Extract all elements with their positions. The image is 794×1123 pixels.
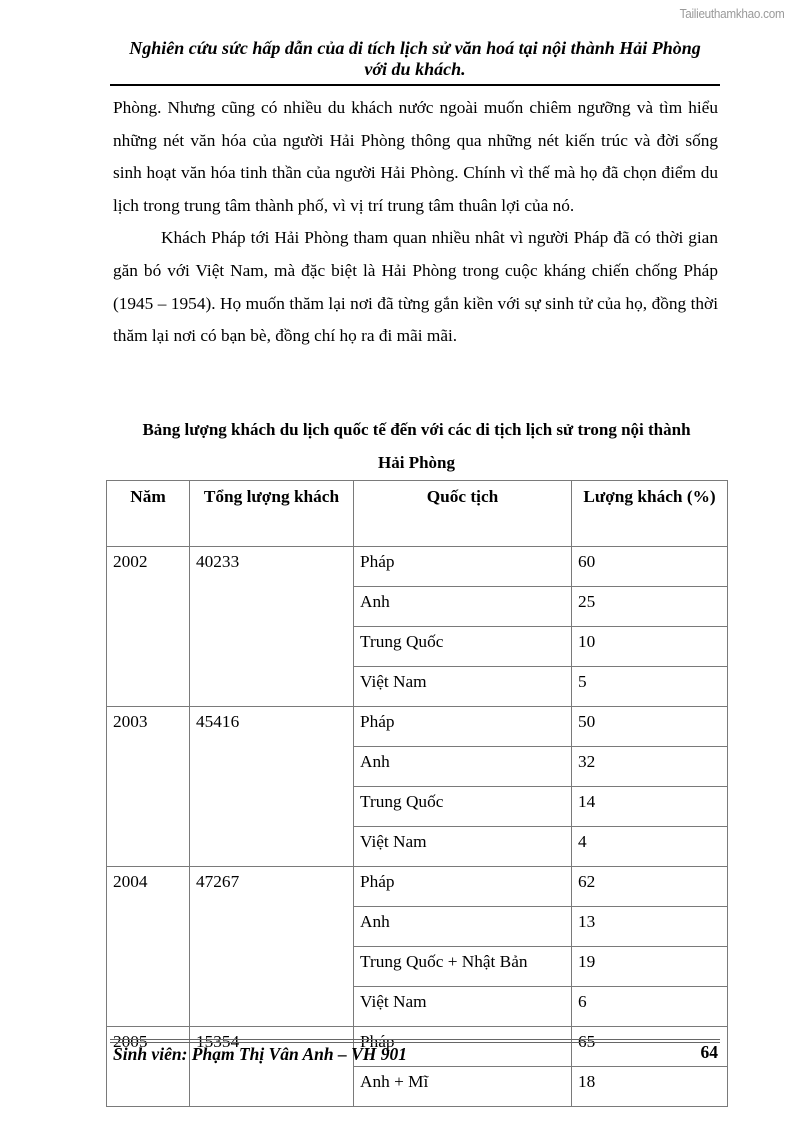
table-row: 200447267Pháp62	[107, 867, 728, 907]
cell-total: 45416	[190, 707, 354, 867]
cell-total: 40233	[190, 547, 354, 707]
cell-total: 47267	[190, 867, 354, 1027]
cell-year: 2003	[107, 707, 190, 867]
table-caption: Bảng lượng khách du lịch quốc tế đến với…	[106, 414, 727, 479]
table-row: 200240233Pháp60	[107, 547, 728, 587]
cell-percent: 5	[572, 667, 728, 707]
body-text: Phòng. Nhưng cũng có nhiều du khách nước…	[113, 92, 718, 353]
cell-nationality: Việt Nam	[354, 827, 572, 867]
header-title-line-2: với du khách.	[110, 59, 720, 80]
cell-nationality: Trung Quốc	[354, 787, 572, 827]
header-year: Năm	[107, 481, 190, 547]
caption-line-2: Hải Phòng	[106, 447, 727, 480]
header-total: Tổng lượng khách	[190, 481, 354, 547]
cell-nationality: Anh	[354, 907, 572, 947]
cell-percent: 62	[572, 867, 728, 907]
cell-nationality: Anh + Mĩ	[354, 1067, 572, 1107]
header-title-line-1: Nghiên cứu sức hấp dẫn của di tích lịch …	[110, 38, 720, 59]
header-percent: Lượng khách (%)	[572, 481, 728, 547]
footer-rule	[110, 1039, 720, 1043]
cell-percent: 6	[572, 987, 728, 1027]
table-body: 200240233Pháp60Anh25Trung Quốc10Việt Nam…	[107, 547, 728, 1107]
cell-percent: 50	[572, 707, 728, 747]
cell-nationality: Việt Nam	[354, 987, 572, 1027]
paragraph: Khách Pháp tới Hải Phòng tham quan nhiều…	[113, 222, 718, 352]
cell-percent: 18	[572, 1067, 728, 1107]
watermark: Tailieuthamkhao.com	[679, 6, 784, 21]
cell-nationality: Trung Quốc + Nhật Bản	[354, 947, 572, 987]
header-nationality: Quốc tịch	[354, 481, 572, 547]
cell-percent: 60	[572, 547, 728, 587]
paragraph: Phòng. Nhưng cũng có nhiều du khách nước…	[113, 92, 718, 222]
cell-nationality: Việt Nam	[354, 667, 572, 707]
visitor-table: Năm Tổng lượng khách Quốc tịch Lượng khá…	[106, 480, 728, 1107]
cell-nationality: Anh	[354, 747, 572, 787]
cell-percent: 13	[572, 907, 728, 947]
cell-nationality: Trung Quốc	[354, 627, 572, 667]
cell-percent: 32	[572, 747, 728, 787]
running-header: Nghiên cứu sức hấp dẫn của di tích lịch …	[110, 38, 720, 80]
page-number: 64	[701, 1042, 719, 1063]
table-header-row: Năm Tổng lượng khách Quốc tịch Lượng khá…	[107, 481, 728, 547]
header-rule	[110, 84, 720, 86]
cell-nationality: Pháp	[354, 707, 572, 747]
cell-nationality: Anh	[354, 587, 572, 627]
cell-year: 2004	[107, 867, 190, 1027]
caption-line-1: Bảng lượng khách du lịch quốc tế đến với…	[106, 414, 727, 447]
cell-percent: 14	[572, 787, 728, 827]
cell-nationality: Pháp	[354, 547, 572, 587]
table-row: 200345416Pháp50	[107, 707, 728, 747]
cell-percent: 10	[572, 627, 728, 667]
cell-year: 2002	[107, 547, 190, 707]
cell-percent: 19	[572, 947, 728, 987]
cell-nationality: Pháp	[354, 867, 572, 907]
cell-percent: 25	[572, 587, 728, 627]
cell-percent: 4	[572, 827, 728, 867]
footer-author: Sinh viên: Phạm Thị Vân Anh – VH 901	[113, 1044, 407, 1065]
